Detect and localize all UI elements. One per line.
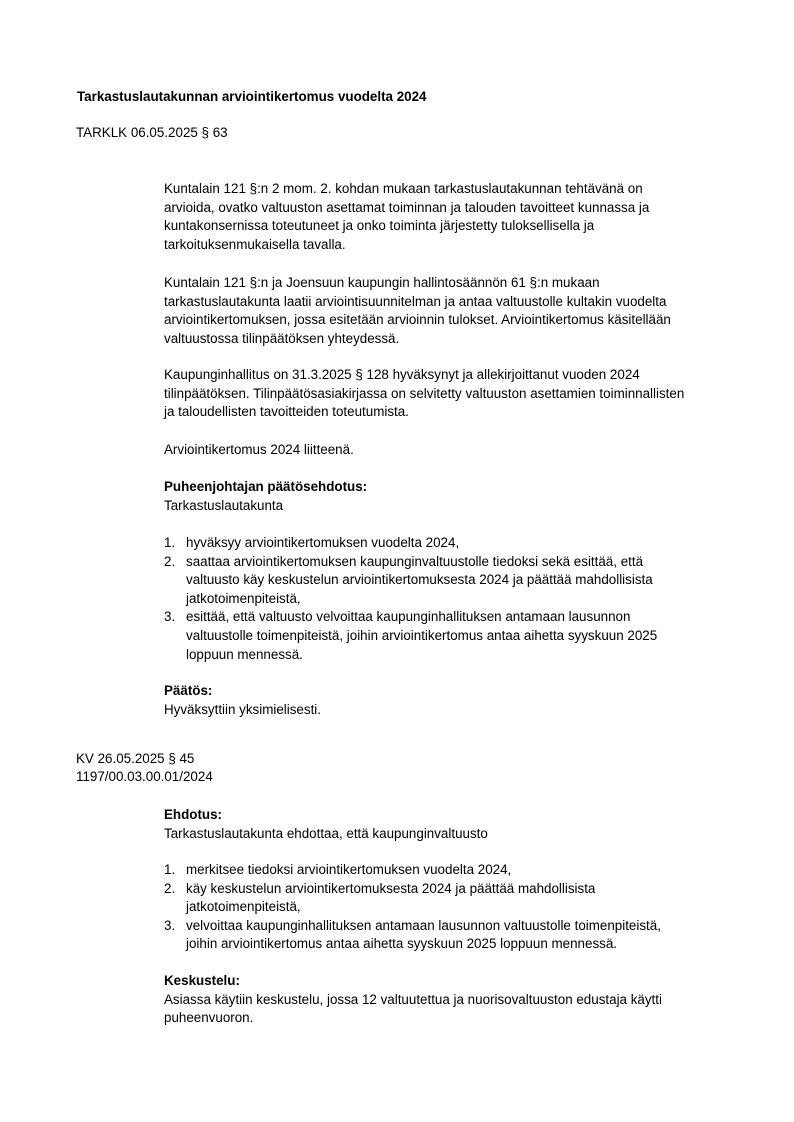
list-item: 3. esittää, että valtuusto velvoittaa ka… — [164, 608, 657, 664]
kv-reference: KV 26.05.2025 § 45 — [76, 750, 194, 769]
proposal-heading: Ehdotus: — [164, 806, 744, 825]
list-item: 3. velvoittaa kaupunginhallituksen antam… — [164, 917, 661, 954]
chair-proposal-heading: Puheenjohtajan päätösehdotus: — [164, 478, 744, 497]
proposal-section: Ehdotus: Tarkastuslautakunta ehdottaa, e… — [164, 806, 744, 843]
chair-proposal-section: Puheenjohtajan päätösehdotus: Tarkastusl… — [164, 478, 744, 515]
proposal-intro: Tarkastuslautakunta ehdottaa, että kaupu… — [164, 825, 744, 844]
record-number: 1197/00.03.00.01/2024 — [76, 768, 213, 787]
list-item: 2. saattaa arviointikertomuksen kaupungi… — [164, 553, 657, 609]
list-item: 1. hyväksyy arviointikertomuksen vuodelt… — [164, 534, 657, 553]
paragraph-4: Arviointikertomus 2024 liitteenä. — [164, 441, 744, 460]
paragraph-2: Kuntalain 121 §:n ja Joensuun kaupungin … — [164, 274, 744, 348]
discussion-heading: Keskustelu: — [164, 972, 744, 991]
chair-proposal-list: 1. hyväksyy arviointikertomuksen vuodelt… — [164, 534, 657, 664]
chair-proposal-intro: Tarkastuslautakunta — [164, 497, 744, 516]
paragraph-1: Kuntalain 121 §:n 2 mom. 2. kohdan mukaa… — [164, 180, 744, 254]
paragraph-3: Kaupunginhallitus on 31.3.2025 § 128 hyv… — [164, 366, 744, 422]
proposal-list: 1. merkitsee tiedoksi arviointikertomuks… — [164, 861, 661, 954]
list-item: 1. merkitsee tiedoksi arviointikertomuks… — [164, 861, 661, 880]
list-item: 2. käy keskustelun arviointikertomuksest… — [164, 880, 661, 917]
decision-section: Päätös: Hyväksyttiin yksimielisesti. — [164, 682, 744, 719]
document-title: Tarkastuslautakunnan arviointikertomus v… — [77, 88, 427, 107]
tarklk-reference: TARKLK 06.05.2025 § 63 — [76, 124, 228, 143]
decision-text: Hyväksyttiin yksimielisesti. — [164, 701, 744, 720]
decision-heading: Päätös: — [164, 682, 744, 701]
discussion-section: Keskustelu: Asiassa käytiin keskustelu, … — [164, 972, 744, 1028]
